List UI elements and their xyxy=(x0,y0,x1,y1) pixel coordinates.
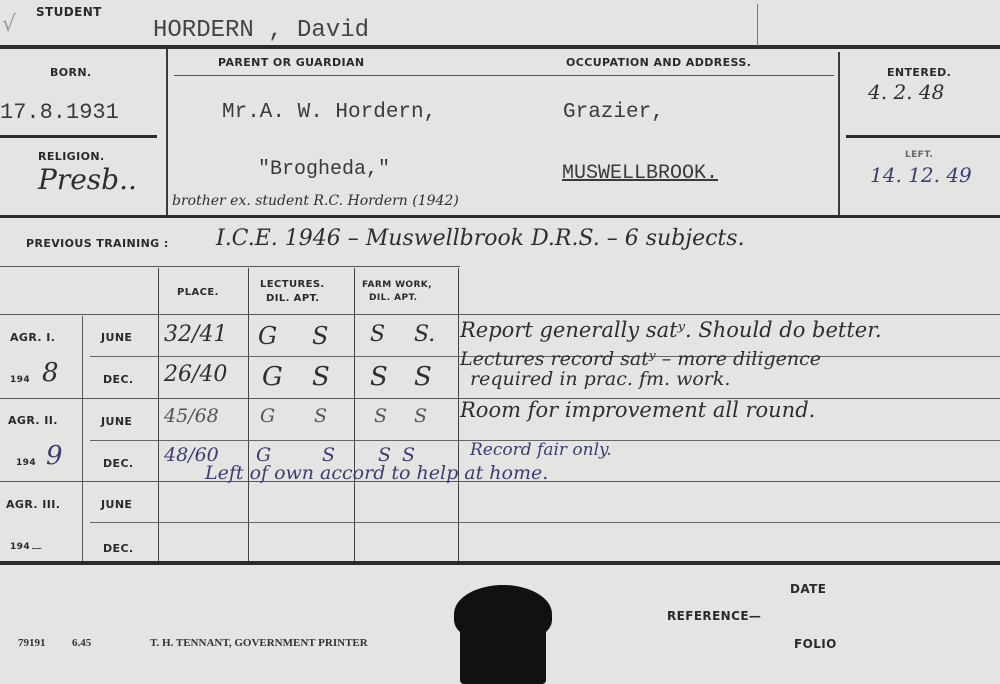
born-label: BORN. xyxy=(50,66,92,79)
table-col-course-term xyxy=(82,316,83,561)
previous-training-value: I.C.E. 1946 – Muswellbrook D.R.S. – 6 su… xyxy=(216,226,745,251)
farm-dil-value: S xyxy=(370,362,388,392)
check-mark: √ xyxy=(2,12,16,37)
term-label: DEC. xyxy=(103,542,134,555)
student-record-card: √ STUDENT HORDERN , David BORN. 17.8.193… xyxy=(0,0,1000,684)
left-value: 14. 12. 49 xyxy=(870,163,972,187)
parent-label: PARENT OR GUARDIAN xyxy=(218,56,365,69)
year-prefix: 194 xyxy=(10,375,30,385)
farm-dil-value: S xyxy=(374,405,387,427)
folio-label: FOLIO xyxy=(794,637,837,651)
table-col-place xyxy=(158,268,159,561)
term-label: JUNE xyxy=(101,331,132,344)
form-number: 79191 xyxy=(18,637,46,649)
year-suffix: 8 xyxy=(42,358,59,388)
remark: Record fair only. xyxy=(470,440,612,460)
entered-rule xyxy=(846,135,1000,138)
entered-value: 4. 2. 48 xyxy=(868,80,944,104)
term-label: JUNE xyxy=(101,415,132,428)
remark-continued: Left of own accord to help at home. xyxy=(205,462,548,484)
col-header-lectures-sub: DIL. APT. xyxy=(266,293,319,304)
form-edition: 6.45 xyxy=(72,637,91,649)
parent-note: brother ex. student R.C. Hordern (1942) xyxy=(172,193,459,209)
religion-value: Presb.. xyxy=(38,163,137,196)
lec-dil-value: G xyxy=(258,322,277,350)
lec-apt-value: S xyxy=(314,405,327,427)
header-rule xyxy=(0,45,1000,49)
term-label: JUNE xyxy=(101,498,132,511)
student-name: HORDERN , David xyxy=(153,17,369,44)
training-top-rule xyxy=(0,215,1000,218)
religion-label: RELIGION. xyxy=(38,150,105,163)
farm-apt-value: S xyxy=(414,405,427,427)
course-label: AGR. III. xyxy=(6,498,60,511)
term-label: DEC. xyxy=(103,457,134,470)
parent-rule xyxy=(174,75,834,76)
term-label: DEC. xyxy=(103,373,134,386)
year-prefix: 194 xyxy=(10,542,30,552)
course-label: AGR. II. xyxy=(8,414,58,427)
col-header-lectures: LECTURES. xyxy=(260,279,325,290)
year-prefix: 194 xyxy=(16,458,36,468)
date-label: DATE xyxy=(790,582,826,596)
previous-training-label: PREVIOUS TRAINING : xyxy=(26,237,169,250)
year-suffix: 9 xyxy=(46,441,63,471)
parent-name: Mr.A. W. Hordern, xyxy=(222,101,436,124)
divider-born xyxy=(166,49,168,215)
row-rule xyxy=(90,522,1000,523)
entered-label: ENTERED. xyxy=(887,66,951,79)
table-bottom-rule xyxy=(0,561,1000,565)
table-header-rule xyxy=(0,314,1000,315)
course-label: AGR. I. xyxy=(10,331,55,344)
student-label: STUDENT xyxy=(36,5,102,19)
left-label: LEFT. xyxy=(905,150,933,160)
year-suffix: __ xyxy=(32,540,42,550)
col-header-farm: FARM WORK, xyxy=(362,280,432,290)
address-value: MUSWELLBROOK. xyxy=(562,162,718,185)
farm-apt-value: S. xyxy=(414,322,435,347)
divider-address-header xyxy=(757,4,758,46)
punch-hole-mark xyxy=(460,585,546,684)
remark: Room for improvement all round. xyxy=(460,398,815,422)
lec-apt-value: S xyxy=(312,362,330,392)
remark: Lectures record satʸ – more diligence xyxy=(460,348,821,370)
divider-entered xyxy=(838,52,840,215)
farm-dil-value: S xyxy=(370,322,385,347)
reference-label: REFERENCE— xyxy=(667,609,761,623)
occupation-value: Grazier, xyxy=(563,101,664,124)
training-bottom-rule xyxy=(0,266,460,267)
parent-property: "Brogheda," xyxy=(258,158,390,181)
place-value: 45/68 xyxy=(164,405,219,427)
table-col-remarks xyxy=(458,268,459,561)
col-header-farm-sub: DIL. APT. xyxy=(369,293,417,303)
printer-imprint: T. H. TENNANT, GOVERNMENT PRINTER xyxy=(150,637,368,649)
lec-apt-value: S xyxy=(312,322,328,350)
place-value: 26/40 xyxy=(164,362,227,387)
remark: Report generally satʸ. Should do better. xyxy=(460,318,882,342)
lec-dil-value: G xyxy=(260,405,275,427)
farm-apt-value: S xyxy=(414,362,432,392)
born-rule xyxy=(0,135,157,138)
place-value: 32/41 xyxy=(164,322,227,347)
born-value: 17.8.1931 xyxy=(0,100,119,125)
col-header-place: PLACE. xyxy=(177,287,219,298)
lec-dil-value: G xyxy=(262,362,283,392)
occupation-label: OCCUPATION AND ADDRESS. xyxy=(566,56,751,69)
remark-continued: required in prac. fm. work. xyxy=(470,368,730,390)
table-col-farm xyxy=(354,268,355,561)
table-col-lectures xyxy=(248,268,249,561)
